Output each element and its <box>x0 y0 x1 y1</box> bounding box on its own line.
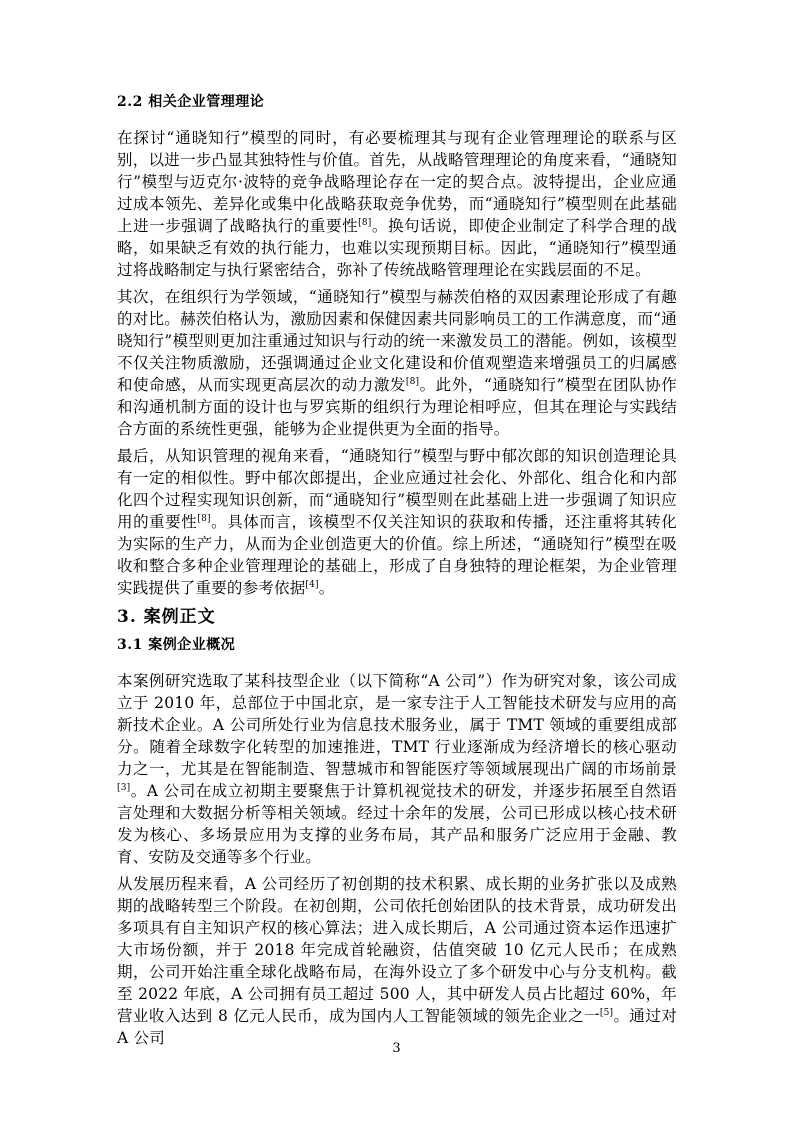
paragraph-company-overview: 本案例研究选取了某科技型企业（以下简称“A 公司”）作为研究对象，该公司成立于 … <box>117 670 677 868</box>
page-number: 3 <box>0 1041 793 1056</box>
paragraph-organizational-behavior: 其次，在组织行为学领域，“通晓知行”模型与赫茨伯格的双因素理论形成了有趣的对比。… <box>117 286 677 440</box>
paragraph-company-history: 从发展历程来看，A 公司经历了初创期的技术积累、成长期的业务扩张以及成熟期的战略… <box>117 873 677 1049</box>
citation-ref: [8] <box>358 218 371 228</box>
citation-ref: [8] <box>406 377 419 387</box>
citation-ref: [5] <box>600 1008 613 1018</box>
paragraph-text: 从发展历程来看，A 公司经历了初创期的技术积累、成长期的业务扩张以及成熟期的战略… <box>117 875 677 1025</box>
heading-section-3-1: 3.1 案例企业概况 <box>117 637 677 654</box>
heading-section-3: 3. 案例正文 <box>117 607 677 627</box>
heading-section-2-2: 2.2 相关企业管理理论 <box>117 94 677 111</box>
paragraph-text: 。A 公司在成立初期主要聚焦于计算机视觉技术的研发，并逐步拓展至自然语言处理和大… <box>117 782 677 866</box>
paragraph-text: 。 <box>319 579 335 597</box>
citation-ref: [3] <box>117 783 130 793</box>
paragraph-text: 本案例研究选取了某科技型企业（以下简称“A 公司”）作为研究对象，该公司成立于 … <box>117 672 677 778</box>
citation-ref: [8] <box>197 514 210 524</box>
citation-ref: [4] <box>305 580 318 590</box>
paragraph-knowledge-management: 最后，从知识管理的视角来看，“通晓知行”模型与野中郁次郎的知识创造理论具有一定的… <box>117 445 677 599</box>
paragraph-text: 。具体而言，该模型不仅关注知识的获取和传播，还注重将其转化为实际的生产力，从而为… <box>117 513 677 597</box>
paragraph-strategy-theory: 在探讨“通晓知行”模型的同时，有必要梳理其与现有企业管理理论的联系与区别，以进一… <box>117 127 677 281</box>
document-page: 2.2 相关企业管理理论 在探讨“通晓知行”模型的同时，有必要梳理其与现有企业管… <box>0 0 793 1049</box>
